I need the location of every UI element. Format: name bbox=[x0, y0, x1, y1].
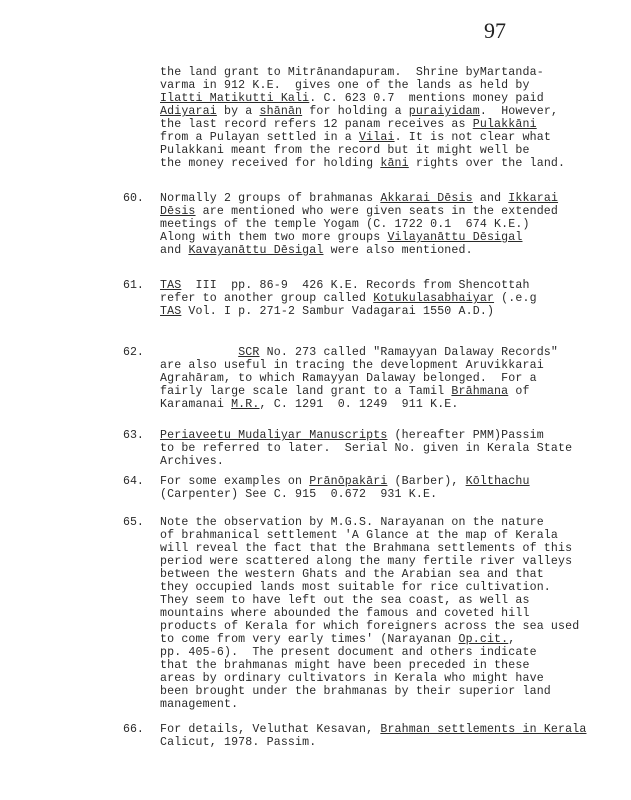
text-segment: Pulakkani meant from the record but it m… bbox=[160, 144, 530, 157]
text-segment: (.e.g bbox=[494, 292, 537, 305]
text-line: SCR No. 273 called "Ramayyan Dalaway Rec… bbox=[160, 346, 558, 359]
text-line: are also useful in tracing the developme… bbox=[160, 359, 544, 372]
text-segment: . However, bbox=[480, 105, 558, 118]
text-segment: they occupied lands most suitable for ri… bbox=[160, 581, 551, 594]
underlined-term: shānān bbox=[260, 105, 303, 118]
underlined-term: Adiyarai bbox=[160, 105, 217, 118]
text-segment: fairly large scale land grant to a Tamil bbox=[160, 385, 451, 398]
text-segment: . C. 623 0.7 mentions money paid bbox=[309, 92, 544, 105]
underlined-term: Kōlthachu bbox=[466, 475, 530, 488]
text-segment: pp. 405-6). The present document and oth… bbox=[160, 646, 537, 659]
footnote-number: 62. bbox=[123, 346, 144, 359]
text-segment: and bbox=[160, 244, 188, 257]
text-line: that the brahmanas might have been prece… bbox=[160, 659, 530, 672]
text-segment: and bbox=[473, 192, 509, 205]
text-segment: varma in 912 K.E. gives one of the lands… bbox=[160, 79, 530, 92]
text-segment: Vol. I p. 271-2 Sambur Vadagarai 1550 A.… bbox=[181, 305, 494, 318]
underlined-term: TAS bbox=[160, 279, 181, 292]
text-line: For some examples on Prānōpakāri (Barber… bbox=[160, 475, 530, 488]
underlined-term: puraiyidam bbox=[409, 105, 480, 118]
text-segment: III pp. 86-9 426 K.E. Records from Shenc… bbox=[181, 279, 529, 292]
footnote-number: 64. bbox=[123, 475, 144, 488]
text-segment: period were scattered along the many fer… bbox=[160, 555, 572, 568]
text-segment: meetings of the temple Yogam (C. 1722 0.… bbox=[160, 218, 530, 231]
text-line: Note the observation by M.G.S. Narayanan… bbox=[160, 516, 544, 529]
underlined-term: Ikkarai bbox=[508, 192, 558, 205]
text-segment: that the brahmanas might have been prece… bbox=[160, 659, 530, 672]
text-line: Archives. bbox=[160, 455, 224, 468]
text-segment: Karamanai bbox=[160, 398, 231, 411]
text-segment: by a bbox=[217, 105, 260, 118]
text-line: Karamanai M.R., C. 1291 0. 1249 911 K.E. bbox=[160, 398, 459, 411]
text-line: mountains where abounded the famous and … bbox=[160, 607, 530, 620]
text-segment: the land grant to Mitrānandapuram. Shrin… bbox=[160, 66, 544, 79]
underlined-term: Kotukulasabhaiyar bbox=[373, 292, 494, 305]
text-line: to be referred to later. Serial No. give… bbox=[160, 442, 572, 455]
text-segment: Calicut, 1978. Passim. bbox=[160, 736, 316, 749]
underlined-term: Vilayanāttu Dēsigal bbox=[387, 231, 522, 244]
text-segment: areas by ordinary cultivators in Kerala … bbox=[160, 672, 544, 685]
text-segment: (hereafter PMM)Passim bbox=[387, 429, 543, 442]
text-segment: are also useful in tracing the developme… bbox=[160, 359, 544, 372]
page-number: 97 bbox=[484, 18, 506, 44]
text-line: been brought under the brahmanas by thei… bbox=[160, 685, 551, 698]
underlined-term: Dēsis bbox=[160, 205, 196, 218]
text-segment: rights over the land. bbox=[409, 157, 565, 170]
text-line: fairly large scale land grant to a Tamil… bbox=[160, 385, 530, 398]
text-line: (Carpenter) See C. 915 0.672 931 K.E. bbox=[160, 488, 437, 501]
text-line: Pulakkani meant from the record but it m… bbox=[160, 144, 530, 157]
text-segment: to come from very early times' (Narayana… bbox=[160, 633, 459, 646]
underlined-term: Brāhmana bbox=[451, 385, 508, 398]
footnote-number: 61. bbox=[123, 279, 144, 292]
text-segment: . It is not clear what bbox=[395, 131, 551, 144]
text-segment: , C. 1291 0. 1249 911 K.E. bbox=[260, 398, 459, 411]
text-segment: between the western Ghats and the Arabia… bbox=[160, 568, 544, 581]
text-line: varma in 912 K.E. gives one of the lands… bbox=[160, 79, 530, 92]
text-line: will reveal the fact that the Brahmana s… bbox=[160, 542, 572, 555]
text-line: between the western Ghats and the Arabia… bbox=[160, 568, 544, 581]
text-segment: For some examples on bbox=[160, 475, 309, 488]
text-segment: They seem to have left out the sea coast… bbox=[160, 594, 530, 607]
text-line: Normally 2 groups of brahmanas Akkarai D… bbox=[160, 192, 558, 205]
text-segment: Agrahāram, to which Ramayyan Dalaway bel… bbox=[160, 372, 537, 385]
text-line: the money received for holding kāni righ… bbox=[160, 157, 565, 170]
text-line: TAS Vol. I p. 271-2 Sambur Vadagarai 155… bbox=[160, 305, 494, 318]
text-line: Ilatti Matikutti Kali. C. 623 0.7 mentio… bbox=[160, 92, 544, 105]
text-segment: are mentioned who were given seats in th… bbox=[196, 205, 558, 218]
text-line: Periaveetu Mudaliyar Manuscripts (hereaf… bbox=[160, 429, 544, 442]
text-line: of brahmanical settlement 'A Glance at t… bbox=[160, 529, 558, 542]
text-line: meetings of the temple Yogam (C. 1722 0.… bbox=[160, 218, 530, 231]
text-line: products of Kerala for which foreigners … bbox=[160, 620, 579, 633]
underlined-term: M.R. bbox=[231, 398, 259, 411]
text-segment: from a Pulayan settled in a bbox=[160, 131, 359, 144]
underlined-term: Vilai bbox=[359, 131, 395, 144]
underlined-term: Op.cit. bbox=[459, 633, 509, 646]
text-line: to come from very early times' (Narayana… bbox=[160, 633, 515, 646]
text-segment: mountains where abounded the famous and … bbox=[160, 607, 530, 620]
text-line: pp. 405-6). The present document and oth… bbox=[160, 646, 537, 659]
text-line: TAS III pp. 86-9 426 K.E. Records from S… bbox=[160, 279, 530, 292]
text-segment: Along with them two more groups bbox=[160, 231, 387, 244]
footnote-number: 63. bbox=[123, 429, 144, 442]
text-line: they occupied lands most suitable for ri… bbox=[160, 581, 551, 594]
footnote-number: 60. bbox=[123, 192, 144, 205]
text-segment: the last record refers 12 panam receives… bbox=[160, 118, 473, 131]
text-line: and Kavayanāttu Dēsigal were also mentio… bbox=[160, 244, 473, 257]
text-segment bbox=[160, 346, 238, 359]
text-segment: Note the observation by M.G.S. Narayanan… bbox=[160, 516, 544, 529]
text-segment: been brought under the brahmanas by thei… bbox=[160, 685, 551, 698]
underlined-term: kāni bbox=[380, 157, 408, 170]
text-segment: of brahmanical settlement 'A Glance at t… bbox=[160, 529, 558, 542]
text-line: from a Pulayan settled in a Vilai. It is… bbox=[160, 131, 551, 144]
text-segment: products of Kerala for which foreigners … bbox=[160, 620, 579, 633]
text-line: management. bbox=[160, 698, 238, 711]
underlined-term: Brahman settlements in Kerala bbox=[380, 723, 586, 736]
underlined-term: TAS bbox=[160, 305, 181, 318]
text-line: They seem to have left out the sea coast… bbox=[160, 594, 530, 607]
underlined-term: Prānōpakāri bbox=[309, 475, 387, 488]
text-segment: will reveal the fact that the Brahmana s… bbox=[160, 542, 572, 555]
underlined-term: SCR bbox=[238, 346, 259, 359]
text-segment: for holding a bbox=[302, 105, 409, 118]
text-segment: Archives. bbox=[160, 455, 224, 468]
text-line: Dēsis are mentioned who were given seats… bbox=[160, 205, 558, 218]
text-segment: For details, Veluthat Kesavan, bbox=[160, 723, 380, 736]
text-line: the land grant to Mitrānandapuram. Shrin… bbox=[160, 66, 544, 79]
text-segment: were also mentioned. bbox=[323, 244, 472, 257]
text-line: areas by ordinary cultivators in Kerala … bbox=[160, 672, 544, 685]
text-segment: the money received for holding bbox=[160, 157, 380, 170]
underlined-term: Akkarai Dēsis bbox=[380, 192, 472, 205]
text-line: Calicut, 1978. Passim. bbox=[160, 736, 316, 749]
underlined-term: Kavayanāttu Dēsigal bbox=[188, 244, 323, 257]
text-line: For details, Veluthat Kesavan, Brahman s… bbox=[160, 723, 586, 736]
text-segment: Normally 2 groups of brahmanas bbox=[160, 192, 380, 205]
text-line: period were scattered along the many fer… bbox=[160, 555, 572, 568]
footnote-number: 65. bbox=[123, 516, 144, 529]
text-segment: of bbox=[508, 385, 529, 398]
text-line: refer to another group called Kotukulasa… bbox=[160, 292, 537, 305]
text-segment: (Barber), bbox=[387, 475, 465, 488]
text-line: Adiyarai by a shānān for holding a purai… bbox=[160, 105, 558, 118]
text-segment: (Carpenter) See C. 915 0.672 931 K.E. bbox=[160, 488, 437, 501]
text-segment: refer to another group called bbox=[160, 292, 373, 305]
underlined-term: Pulakkāni bbox=[473, 118, 537, 131]
text-segment: , bbox=[508, 633, 515, 646]
text-segment: management. bbox=[160, 698, 238, 711]
text-segment: No. 273 called "Ramayyan Dalaway Records… bbox=[260, 346, 559, 359]
text-line: Agrahāram, to which Ramayyan Dalaway bel… bbox=[160, 372, 537, 385]
text-line: Along with them two more groups Vilayanā… bbox=[160, 231, 522, 244]
text-segment: to be referred to later. Serial No. give… bbox=[160, 442, 572, 455]
underlined-term: Ilatti Matikutti Kali bbox=[160, 92, 309, 105]
footnote-number: 66. bbox=[123, 723, 144, 736]
underlined-term: Periaveetu Mudaliyar Manuscripts bbox=[160, 429, 387, 442]
text-line: the last record refers 12 panam receives… bbox=[160, 118, 537, 131]
